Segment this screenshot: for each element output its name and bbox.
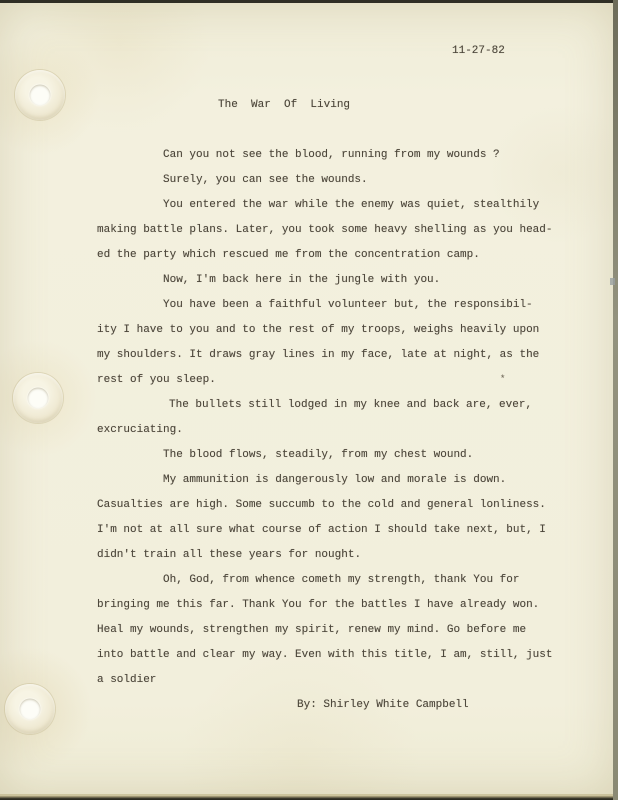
poem-line: my shoulders. It draws gray lines in my …	[97, 343, 577, 368]
poem-line: ity I have to you and to the rest of my …	[97, 318, 577, 343]
poem-line: Heal my wounds, strengthen my spirit, re…	[97, 618, 577, 643]
poem-line: into battle and clear my way. Even with …	[97, 643, 577, 668]
poem-line: Surely, you can see the wounds.	[97, 168, 577, 193]
photo-edge-right	[613, 0, 618, 800]
poem-line: a soldier	[97, 668, 577, 693]
poem-line: Can you not see the blood, running from …	[97, 143, 577, 168]
photo-edge-bottom	[0, 796, 618, 800]
poem-line: The blood flows, steadily, from my chest…	[97, 443, 577, 468]
poem-line: My ammunition is dangerously low and mor…	[97, 468, 577, 493]
hole-punch-top	[15, 70, 65, 120]
poem-line: Oh, God, from whence cometh my strength,…	[97, 568, 577, 593]
date-stamp: 11-27-82	[452, 39, 505, 64]
poem-line: I'm not at all sure what course of actio…	[97, 518, 577, 543]
photo-edge-top	[0, 0, 618, 3]
poem-line: didn't train all these years for nought.	[97, 543, 577, 568]
punch-hole-icon	[30, 85, 51, 106]
poem-title: The War Of Living	[218, 93, 350, 118]
poem-line: Now, I'm back here in the jungle with yo…	[97, 268, 577, 293]
edge-smudge	[610, 278, 615, 285]
typewritten-page: 11-27-82 The War Of Living Can you not s…	[0, 3, 613, 796]
punch-hole-icon	[20, 699, 41, 720]
poem-line: You entered the war while the enemy was …	[97, 193, 577, 218]
poem-line: making battle plans. Later, you took som…	[97, 218, 577, 243]
stray-ink-mark: *	[500, 367, 505, 392]
hole-punch-bottom	[5, 684, 55, 734]
poem-line: bringing me this far. Thank You for the …	[97, 593, 577, 618]
poem-line: The bullets still lodged in my knee and …	[97, 393, 577, 418]
poem-line: You have been a faithful volunteer but, …	[97, 293, 577, 318]
punch-hole-icon	[28, 388, 49, 409]
poem-body: Can you not see the blood, running from …	[97, 143, 577, 718]
poem-line: Casualties are high. Some succumb to the…	[97, 493, 577, 518]
poem-line: ed the party which rescued me from the c…	[97, 243, 577, 268]
byline: By: Shirley White Campbell	[97, 693, 577, 718]
poem-line: excruciating.	[97, 418, 577, 443]
hole-punch-middle	[13, 373, 63, 423]
